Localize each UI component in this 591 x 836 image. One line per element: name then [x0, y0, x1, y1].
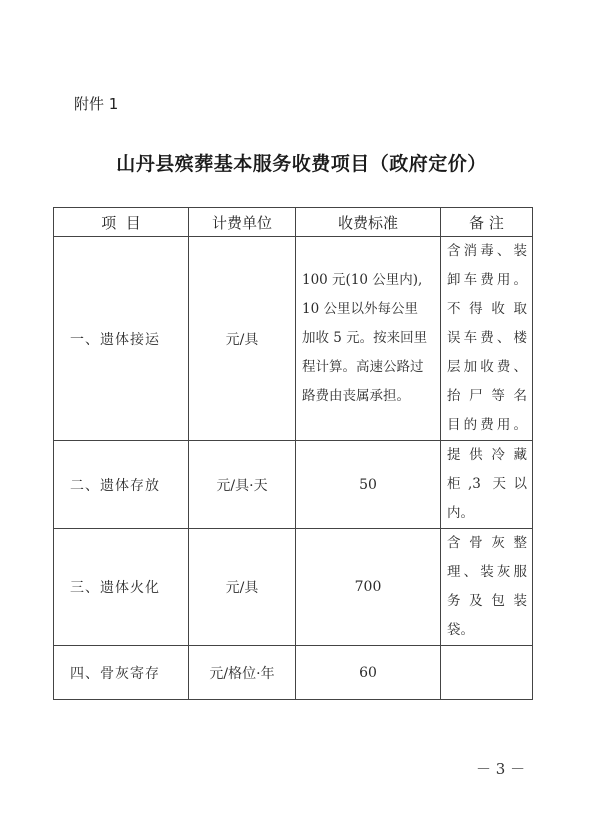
table-row: 二、遗体存放 元/具·天 50 提供冷藏 柜,3 天以 内。 — [54, 441, 533, 529]
header-standard: 收费标准 — [296, 208, 441, 237]
item-cell: 三、遗体火化 — [54, 529, 189, 646]
note-cell: 提供冷藏 柜,3 天以 内。 — [441, 441, 533, 529]
standard-line: 加收 5 元。按来回里 — [302, 324, 436, 353]
table-row: 三、遗体火化 元/具 700 含骨灰整 理、装灰服 务及包装 袋。 — [54, 529, 533, 646]
standard-line: 程计算。高速公路过 — [302, 353, 436, 382]
note-line: 目的费用。 — [447, 411, 527, 440]
page-number: － 3 － — [476, 758, 525, 779]
note-line: 层加收费、 — [447, 353, 527, 382]
note-line: 务及包装 — [447, 587, 527, 616]
standard-line: 100 元(10 公里内), — [302, 266, 436, 295]
unit-cell: 元/具 — [189, 529, 296, 646]
note-line: 袋。 — [447, 616, 527, 645]
note-line: 提供冷藏 — [447, 441, 527, 470]
unit-cell: 元/具 — [189, 237, 296, 441]
standard-cell: 100 元(10 公里内), 10 公里以外每公里 加收 5 元。按来回里 程计… — [296, 237, 441, 441]
note-line: 内。 — [447, 499, 527, 528]
table-row: 一、遗体接运 元/具 100 元(10 公里内), 10 公里以外每公里 加收 … — [54, 237, 533, 441]
unit-cell: 元/格位·年 — [189, 646, 296, 700]
item-cell: 一、遗体接运 — [54, 237, 189, 441]
note-line: 误车费、楼 — [447, 324, 527, 353]
document-title: 山丹县殡葬基本服务收费项目（政府定价） — [0, 149, 591, 176]
unit-cell: 元/具·天 — [189, 441, 296, 529]
header-unit: 计费单位 — [189, 208, 296, 237]
note-line: 理、装灰服 — [447, 558, 527, 587]
standard-cell: 700 — [296, 529, 441, 646]
note-line: 不得收取 — [447, 295, 527, 324]
table-row: 四、骨灰寄存 元/格位·年 60 — [54, 646, 533, 700]
attachment-label: 附件 1 — [74, 93, 118, 114]
note-cell — [441, 646, 533, 700]
note-line: 柜,3 天以 — [447, 470, 527, 499]
standard-line: 10 公里以外每公里 — [302, 295, 436, 324]
standard-cell: 60 — [296, 646, 441, 700]
note-line: 含骨灰整 — [447, 529, 527, 558]
item-cell: 四、骨灰寄存 — [54, 646, 189, 700]
note-cell: 含骨灰整 理、装灰服 务及包装 袋。 — [441, 529, 533, 646]
standard-cell: 50 — [296, 441, 441, 529]
note-line: 含消毒、装 — [447, 237, 527, 266]
item-cell: 二、遗体存放 — [54, 441, 189, 529]
note-line: 抬尸等名 — [447, 382, 527, 411]
note-line: 卸车费用。 — [447, 266, 527, 295]
standard-line: 路费由丧属承担。 — [302, 382, 436, 411]
table-header-row: 项 目 计费单位 收费标准 备 注 — [54, 208, 533, 237]
header-note: 备 注 — [441, 208, 533, 237]
note-cell: 含消毒、装 卸车费用。 不得收取 误车费、楼 层加收费、 抬尸等名 目的费用。 — [441, 237, 533, 441]
fee-table: 项 目 计费单位 收费标准 备 注 一、遗体接运 元/具 100 元(10 公里… — [53, 207, 533, 700]
header-item: 项 目 — [54, 208, 189, 237]
